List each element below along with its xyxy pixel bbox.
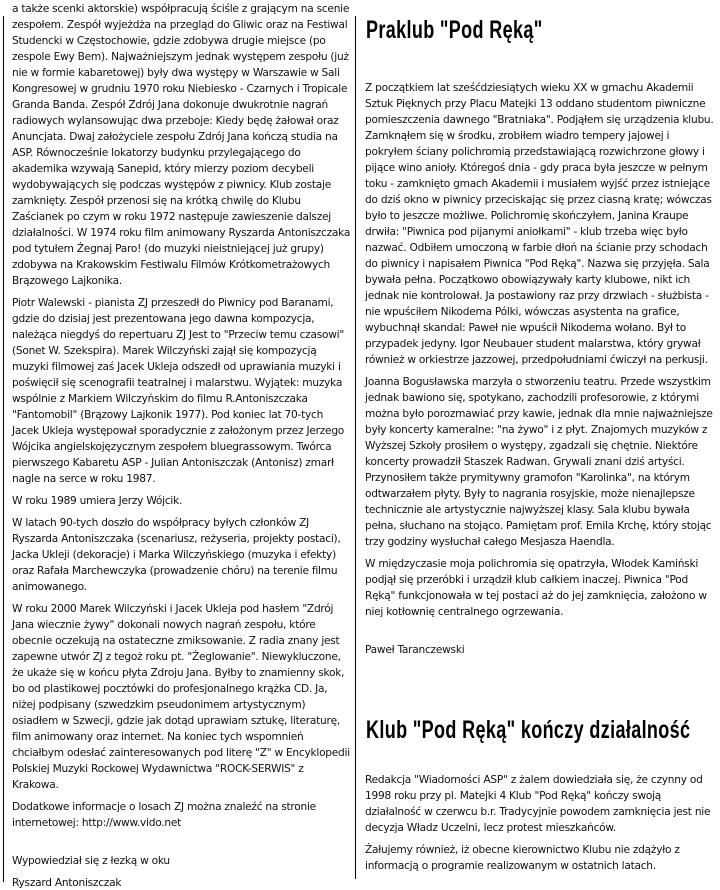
paragraph: W roku 2000 Marek Wilczyński i Jacek Ukl… [12, 601, 352, 793]
signoff-line: Wypowiedział się z łezką w oku [12, 853, 352, 869]
paragraph: W międzyczasie moja polichromia się opat… [365, 556, 717, 620]
paragraph: Joanna Bogusławska marzyła o stworzeniu … [365, 374, 717, 550]
author-name: Ryszard Antoniszczak [12, 875, 352, 890]
right-column-section2: Redakcja "Wiadomości ASP" z żalem dowied… [365, 772, 717, 880]
left-border-rule [3, 16, 4, 882]
author-name: Paweł Taranczewski [365, 642, 717, 658]
column-divider-rule [355, 16, 356, 879]
paragraph: a także scenki aktorskie) współpracują ś… [12, 1, 352, 289]
paragraph: Piotr Walewski - pianista ZJ przeszedł d… [12, 295, 352, 487]
paragraph: Żałujemy również, iż obecne kierownictwo… [365, 842, 717, 874]
paragraph: Redakcja "Wiadomości ASP" z żalem dowied… [365, 772, 717, 836]
section-heading-praklub: Praklub "Pod Ręką" [366, 14, 543, 46]
paragraph: W roku 1989 umiera Jerzy Wójcik. [12, 493, 352, 509]
spacer [365, 626, 717, 642]
right-column-section1: Z początkiem lat sześćdziesiątych wieku … [365, 80, 717, 664]
left-column: a także scenki aktorskie) współpracują ś… [12, 1, 352, 890]
spacer [12, 837, 352, 853]
paragraph: Z początkiem lat sześćdziesiątych wieku … [365, 80, 717, 368]
paragraph-with-link: Dodatkowe informacje o losach ZJ można z… [12, 799, 352, 831]
section-heading-klub-konczy: Klub "Pod Ręką" kończy działalność [366, 714, 690, 746]
paragraph: W latach 90-tych doszło do współpracy by… [12, 515, 352, 595]
